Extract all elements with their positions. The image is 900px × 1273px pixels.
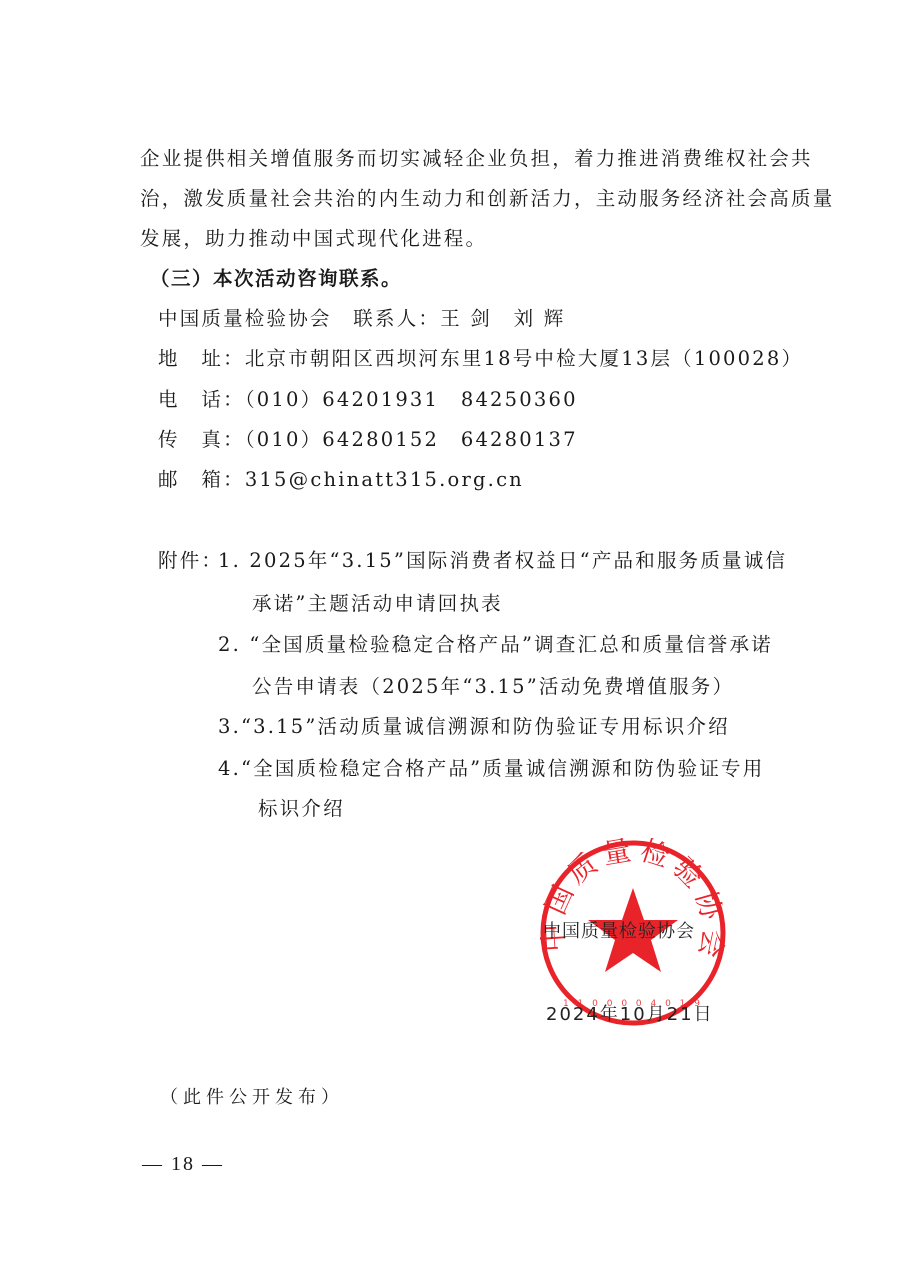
- contact-org-line: 中国质量检验协会 联系人：王 剑 刘 辉: [158, 306, 565, 332]
- paragraph-line-1: 企业提供相关增值服务而切实减轻企业负担，着力推进消费维权社会共: [140, 146, 813, 172]
- attachment-2-line-2: 公告申请表（2025年“3.15”活动免费增值服务）: [252, 674, 734, 700]
- attachments-label: 附件：: [158, 548, 223, 574]
- address-value: 北京市朝阳区西坝河东里18号中检大厦13层（100028）: [245, 347, 803, 370]
- contact-address-row: 地 址：北京市朝阳区西坝河东里18号中检大厦13层（100028）: [158, 346, 803, 372]
- fax-value: （010）64280152 64280137: [245, 428, 578, 451]
- email-label: 邮 箱：: [158, 468, 245, 491]
- attachment-3-line-1: 3.“3.15”活动质量诚信溯源和防伪验证专用标识介绍: [218, 714, 730, 740]
- attachment-2-line-1: 2. “全国质量检验稳定合格产品”调查汇总和质量信誉承诺: [218, 632, 773, 658]
- contact-fax-row: 传 真：（010）64280152 64280137: [158, 427, 578, 453]
- paragraph-line-3: 发展，助力推动中国式现代化进程。: [140, 226, 487, 252]
- attachment-4-line-1: 4.“全国质检稳定合格产品”质量诚信溯源和防伪验证专用: [218, 756, 764, 782]
- attachment-1-line-2: 承诺”主题活动申请回执表: [252, 591, 503, 617]
- attachment-4-line-2: 标识介绍: [258, 796, 345, 822]
- signature-date: 2024年10月21日: [546, 1000, 714, 1026]
- address-label: 地 址：: [158, 347, 245, 370]
- phone-label: 电 话：: [158, 388, 245, 411]
- phone-value: （010）64201931 84250360: [245, 388, 578, 411]
- contact-phone-row: 电 话：（010）64201931 84250360: [158, 387, 578, 413]
- signature-organization: 中国质量检验协会: [543, 917, 695, 943]
- publication-note: （此件公开发布）: [160, 1083, 344, 1109]
- section-heading: （三）本次活动咨询联系。: [150, 266, 402, 292]
- page-number: — 18 —: [142, 1153, 224, 1176]
- paragraph-line-2: 治，激发质量社会共治的内生动力和创新活力，主动服务经济社会高质量: [140, 186, 834, 212]
- email-value[interactable]: 315@chinatt315.org.cn: [245, 468, 524, 491]
- fax-label: 传 真：: [158, 428, 245, 451]
- contact-email-row: 邮 箱：315@chinatt315.org.cn: [158, 467, 524, 493]
- attachment-1-line-1: 1. 2025年“3.15”国际消费者权益日“产品和服务质量诚信: [218, 548, 787, 574]
